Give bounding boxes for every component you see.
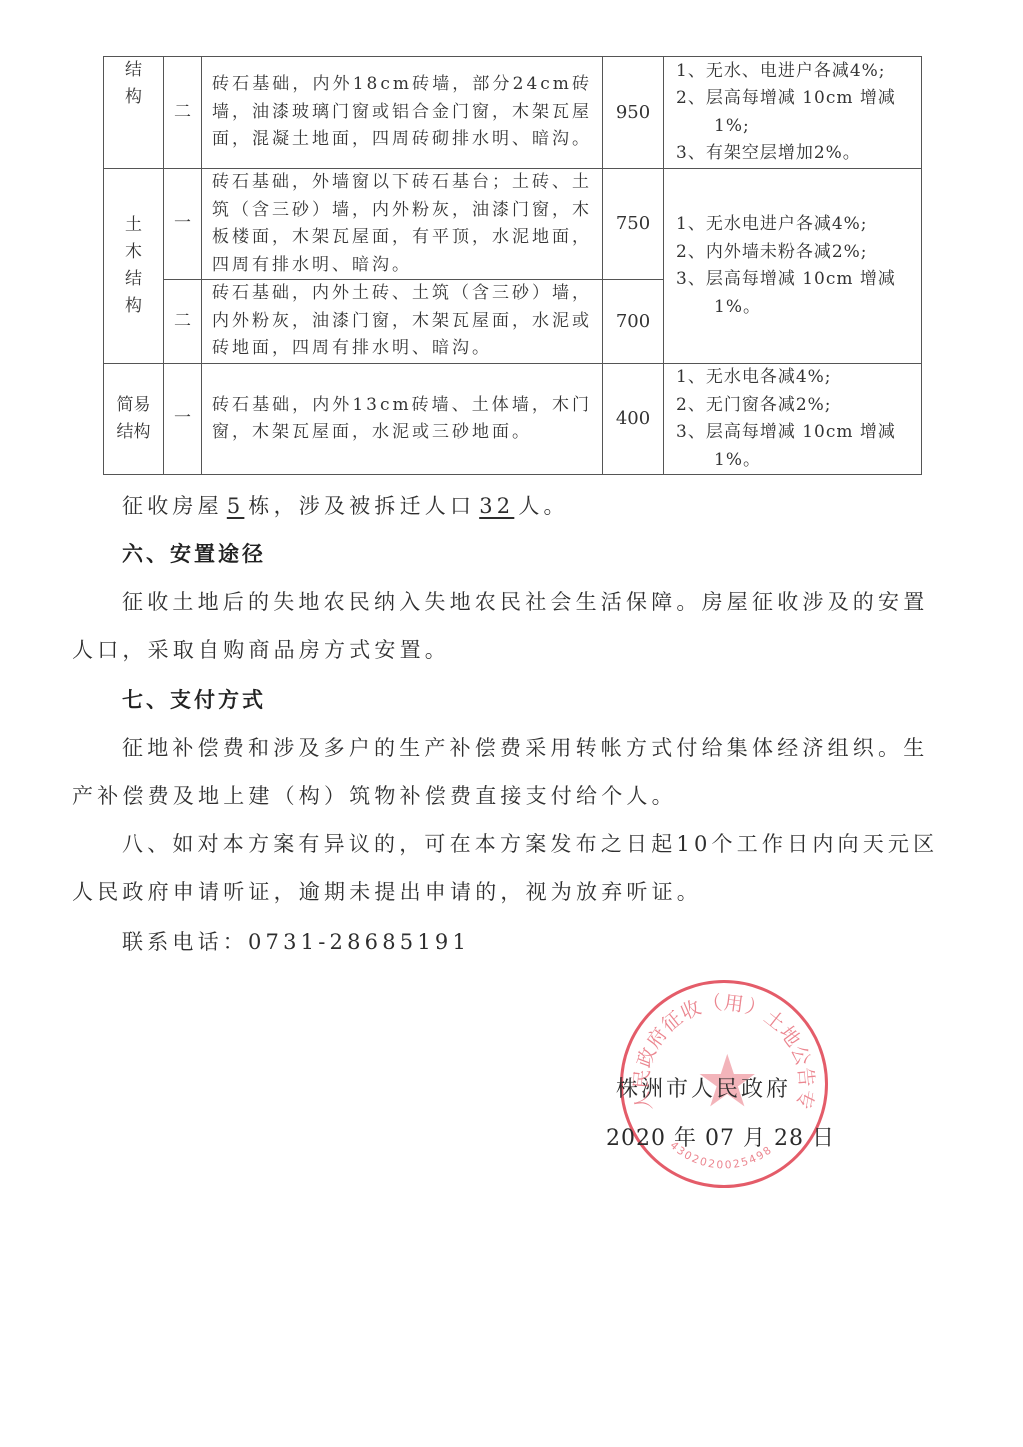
category-cell: 土 木 结 构 [104,169,164,364]
category-cell: 结 构 [104,57,164,169]
note-line: 1、无水电进户各减4%; [676,211,915,239]
note-line: 2、内外墙未粉各减2%; [676,239,915,267]
note-line: 1、无水电各减4%; [676,364,915,392]
section-6-line: 人口，采取自购商品房方式安置。 [72,626,950,674]
category-cell: 简易 结构 [104,364,164,475]
section-8-line: 人民政府申请听证，逾期未提出申请的，视为放弃听证。 [72,868,950,916]
table-row: 简易 结构 一 砖石基础，内外13cm砖墙、土体墙，木门窗，木架瓦屋面，水泥或三… [104,364,922,475]
price-cell: 750 [603,169,664,280]
price-cell: 700 [603,280,664,364]
table-row: 结 构 二 砖石基础，内外18cm砖墙，部分24cm砖墙，油漆玻璃门窗或铝合金门… [104,57,922,169]
price-cell: 400 [603,364,664,475]
category-char: 结构 [104,419,163,446]
notes-cell: 1、无水电进户各减4%; 2、内外墙未粉各减2%; 3、层高每增减 10cm 增… [664,169,922,364]
signing-organization: 株洲市人民政府 [616,1072,791,1103]
section-6-line: 征收土地后的失地农民纳入失地农民社会生活保障。房屋征收涉及的安置 [72,578,950,626]
notes-cell: 1、无水、电进户各减4%; 2、层高每增减 10cm 增减 1%; 3、有架空层… [664,57,922,169]
houses-count: 5 [223,494,249,518]
note-line: 3、层高每增减 10cm 增减 [676,266,915,294]
note-line: 3、有架空层增加2%。 [676,140,915,168]
description-cell: 砖石基础，内外13cm砖墙、土体墙，木门窗，木架瓦屋面，水泥或三砂地面。 [202,364,603,475]
section-8-line: 八、如对本方案有异议的，可在本方案发布之日起10个工作日内向天元区 [72,820,950,868]
category-char: 结 [104,266,163,293]
note-line: 1%; [676,113,915,141]
document-page: 结 构 二 砖石基础，内外18cm砖墙，部分24cm砖墙，油漆玻璃门窗或铝合金门… [0,0,1023,1447]
note-line: 2、无门窗各减2%; [676,392,915,420]
note-line: 2、层高每增减 10cm 增减 [676,85,915,113]
category-char: 结 [104,57,163,84]
section-8-body: 八、如对本方案有异议的，可在本方案发布之日起10个工作日内向天元区 人民政府申请… [72,820,950,916]
grade-cell: 二 [164,57,202,169]
contact-phone: 联系电话：0731-28685191 [72,930,470,954]
summary-prefix: 征收房屋 [72,494,223,518]
section-6-heading: 六、安置途径 [122,538,266,568]
summary-paragraph: 征收房屋5栋，涉及被拆迁人口32人。 [72,482,950,530]
table-row: 土 木 结 构 一 砖石基础，外墙窗以下砖石基台；土砖、土筑（含三砂）墙，内外粉… [104,169,922,280]
section-7-line: 产补偿费及地上建（构）筑物补偿费直接支付给个人。 [72,772,950,820]
category-char: 木 [104,239,163,266]
summary-mid: 栋，涉及被拆迁人口 [248,494,475,518]
section-7-line: 征地补偿费和涉及多户的生产补偿费采用转帐方式付给集体经济组织。生 [72,724,950,772]
grade-cell: 一 [164,364,202,475]
category-char: 构 [104,293,163,320]
description-cell: 砖石基础，内外18cm砖墙，部分24cm砖墙，油漆玻璃门窗或铝合金门窗，木架瓦屋… [202,57,603,169]
section-6-body: 征收土地后的失地农民纳入失地农民社会生活保障。房屋征收涉及的安置 人口，采取自购… [72,578,950,674]
signing-date: 2020 年 07 月 28 日 [606,1121,835,1152]
category-char: 构 [104,84,163,111]
grade-cell: 一 [164,169,202,280]
note-line: 1、无水、电进户各减4%; [676,58,915,86]
description-cell: 砖石基础，外墙窗以下砖石基台；土砖、土筑（含三砂）墙，内外粉灰，油漆门窗，木板楼… [202,169,603,280]
section-7-heading: 七、支付方式 [122,684,266,714]
section-7-body: 征地补偿费和涉及多户的生产补偿费采用转帐方式付给集体经济组织。生 产补偿费及地上… [72,724,950,820]
note-line: 3、层高每增减 10cm 增减 [676,419,915,447]
notes-cell: 1、无水电各减4%; 2、无门窗各减2%; 3、层高每增减 10cm 增减 1%… [664,364,922,475]
summary-suffix: 人。 [518,494,568,518]
compensation-standard-table: 结 构 二 砖石基础，内外18cm砖墙，部分24cm砖墙，油漆玻璃门窗或铝合金门… [103,56,922,475]
description-cell: 砖石基础，内外土砖、土筑（含三砂）墙，内外粉灰，油漆门窗，木架瓦屋面，水泥或砖地… [202,280,603,364]
grade-cell: 二 [164,280,202,364]
category-char: 简易 [104,392,163,419]
people-count: 32 [475,494,518,518]
category-char: 土 [104,212,163,239]
note-line: 1%。 [676,294,915,322]
price-cell: 950 [603,57,664,169]
note-line: 1%。 [676,447,915,475]
contact-line: 联系电话：0731-28685191 [72,918,950,966]
